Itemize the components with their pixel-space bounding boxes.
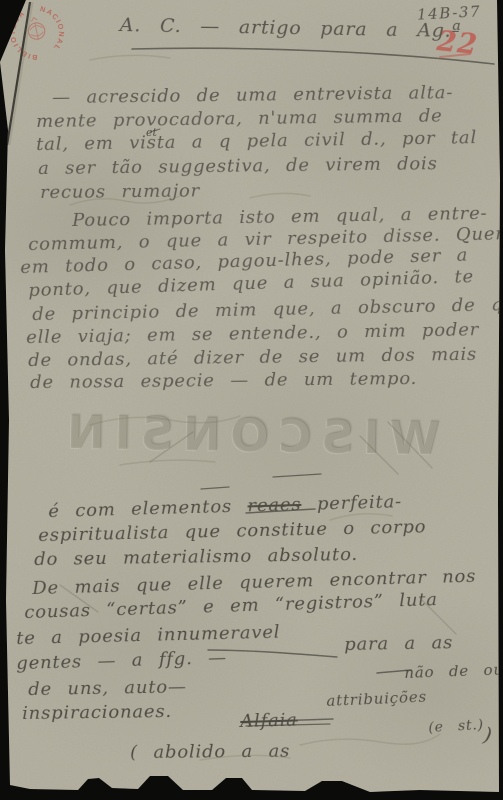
pencil-strokes [0, 0, 503, 800]
manuscript-page: BIBLIOTECA NACIONAL 14B-37 22 A. C. — ar… [0, 0, 503, 800]
scanner-background: BIBLIOTECA NACIONAL 14B-37 22 A. C. — ar… [0, 0, 503, 800]
corner-crease-line [0, 0, 60, 160]
